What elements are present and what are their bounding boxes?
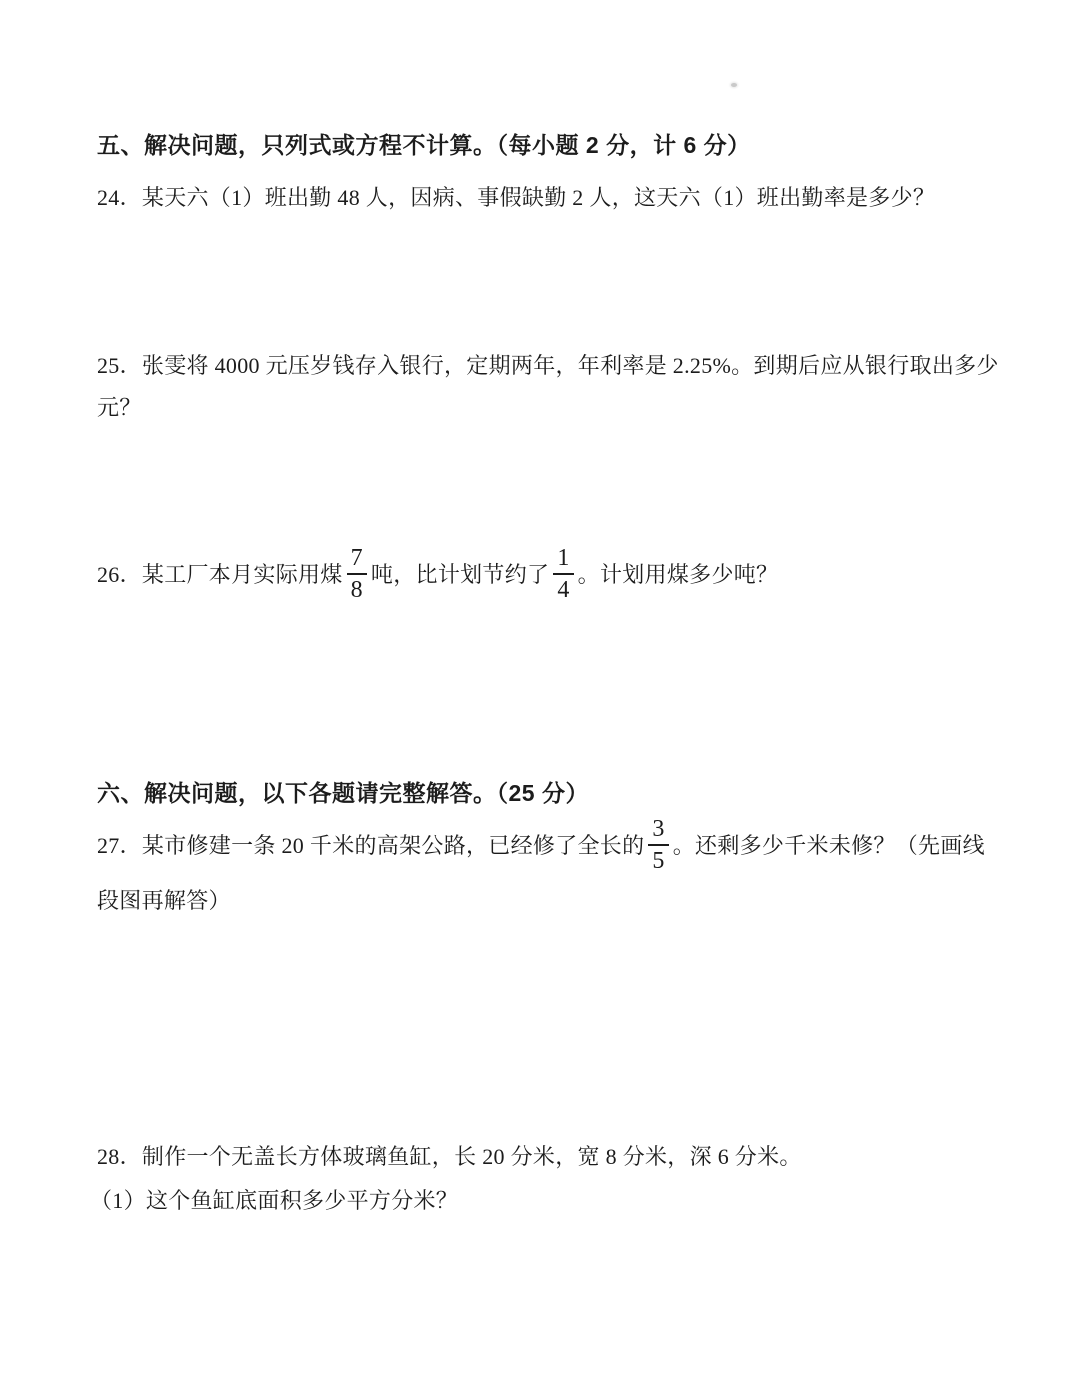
worksheet-page: 五、解决问题，只列式或方程不计算。（每小题 2 分，计 6 分） 24．某天六（… [0,0,1080,1391]
section-6-heading: 六、解决问题，以下各题请完整解答。（25 分） [97,779,589,807]
fraction: 78 [347,545,367,603]
question-28: 28．制作一个无盖长方体玻璃鱼缸，长 20 分米，宽 8 分米，深 6 分米。 [97,1136,1003,1178]
smudge-dot [731,83,737,87]
question-24: 24．某天六（1）班出勤 48 人，因病、事假缺勤 2 人，这天六（1）班出勤率… [97,177,1003,219]
fraction: 14 [553,545,573,603]
question-26: 26．某工厂本月实际用煤78吨，比计划节约了14。计划用煤多少吨？ [97,545,1003,609]
section-5-heading: 五、解决问题，只列式或方程不计算。（每小题 2 分，计 6 分） [97,131,751,159]
question-27: 27．某市修建一条 20 千米的高架公路，已经修了全长的35。还剩多少千米未修？… [97,816,1003,922]
question-25: 25．张雯将 4000 元压岁钱存入银行，定期两年，年利率是 2.25%。到期后… [97,345,1003,429]
question-28-part-1: （1）这个鱼缸底面积多少平方分米？ [90,1180,996,1222]
fraction: 35 [648,816,668,874]
